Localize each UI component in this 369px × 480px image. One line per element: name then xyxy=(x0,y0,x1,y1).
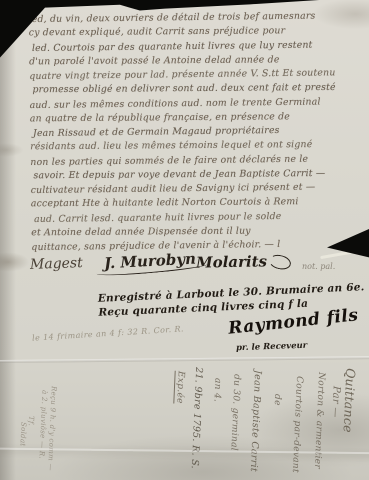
docket-line: Par — xyxy=(329,386,341,418)
docket-title: Quittance xyxy=(341,368,359,434)
scan-background: led, du vin, deux ouvriers de détail de … xyxy=(0,0,369,480)
manuscript-line: cy devant expliqué, audit Carrit sans pr… xyxy=(29,24,363,41)
recto-text-block: led, du vin, deux ouvriers de détail de … xyxy=(29,9,366,255)
docket-line: Courtois par-devant xyxy=(290,376,304,473)
docket-line: de xyxy=(272,394,283,406)
docket-date-line: 21. 9bre 1795. R. S. xyxy=(189,367,204,469)
verso-faint-note: Tf. xyxy=(27,416,35,426)
manuscript-line: résidants aud. lieu les mêmes témoins le… xyxy=(30,138,364,155)
docket-line: an 4. xyxy=(211,378,222,403)
verso-faint-note: Soldat xyxy=(18,422,27,447)
docket-line: Norton & armentier xyxy=(312,372,326,469)
manuscript-line: acceptant Hte à huitante ledit Norton Co… xyxy=(31,195,365,212)
docket-line: Jean Baptiste Carrit xyxy=(248,370,263,472)
notary-abbreviation: not. pal. xyxy=(302,262,335,271)
signature-molarits: Molarits xyxy=(196,252,267,271)
signature-murobyn: J. Murobyn xyxy=(104,250,197,273)
manuscript-line: d'un parolé l'avoit passé le Antoine del… xyxy=(29,52,363,69)
receiver-countersignature: pr. le Receveur xyxy=(236,341,308,353)
manuscript-line: savoir. Et depuis par voye devant de Jea… xyxy=(33,166,364,183)
manuscript-line: promesse obligé en delivrer sont aud. de… xyxy=(32,81,363,98)
docket-expedition-note: Exp.ée xyxy=(174,371,185,404)
manuscript-line: an quatre de la république française, en… xyxy=(30,109,364,126)
manuscript-line: et Antoine delad année Dispensée dont il… xyxy=(31,223,365,240)
manuscript-page: led, du vin, deux ouvriers de détail de … xyxy=(0,0,369,480)
marginal-pencil-note: le 14 frimaire an 4 f: 32 R. Cor. R. xyxy=(32,324,184,342)
verso-docket-block: Quittance Par — Norton & armentier Court… xyxy=(0,362,369,480)
docket-line: du 30. germinal xyxy=(228,374,241,451)
signature-magest: Magest xyxy=(30,255,83,273)
